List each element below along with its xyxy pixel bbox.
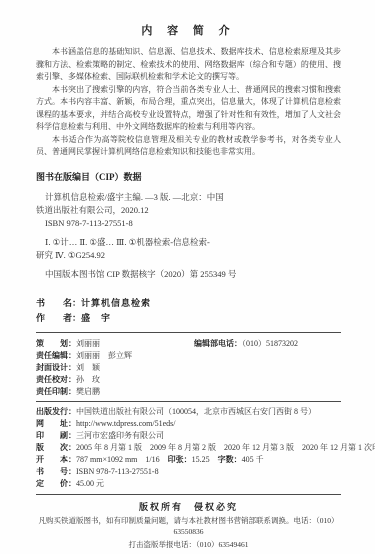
book-title-label: 书 名： [36, 298, 81, 308]
printer-value: 三河市宏盛印务有限公司 [76, 431, 164, 440]
divider-line [36, 332, 341, 333]
editor-row: 责任编辑：刘丽丽 彭立辉 [36, 350, 341, 362]
planner-row: 策 划：刘丽丽 编辑部电话：（010）51873202 [36, 338, 341, 350]
copyright-page: 内 容 简 介 本书涵盖信息的基础知识、信息源、信息技术、数据库技术、信息检索原… [0, 0, 375, 554]
cip-record-line-2: 铁道出版社有限公司，2020.12 [36, 204, 341, 217]
book-title-row: 书 名：计算机信息检索 [36, 296, 341, 311]
editor-value: 刘丽丽 彭立辉 [76, 351, 132, 360]
staff-section: 策 划：刘丽丽 编辑部电话：（010）51873202 责任编辑：刘丽丽 彭立辉… [36, 338, 341, 398]
proofreader-row: 责任校对：孙 玫 [36, 374, 341, 386]
cip-block: 计算机信息检索/盛宇主编. —3 版. —北京：中国 铁道出版社有限公司，202… [36, 191, 341, 281]
print-supervisor-value: 樊启鹏 [76, 387, 100, 396]
cover-design-value: 刘 颖 [76, 363, 100, 372]
book-author-value: 盛 宇 [81, 313, 111, 323]
proofreader-label: 责任校对： [36, 375, 76, 384]
book-info-section: 书 名：计算机信息检索 作 者：盛 宇 [36, 296, 341, 326]
editorial-phone-value: （010）51873202 [242, 339, 298, 348]
format-value: 787 mm×1092 mm 1/16 [76, 455, 168, 464]
planner-label: 策 划： [36, 339, 76, 348]
edition-row: 版 次：2005 年 8 月第 1 版 2009 年 8 月第 2 版 2020… [36, 442, 341, 454]
website-label: 网 址： [36, 419, 76, 428]
printer-label: 印 刷： [36, 431, 76, 440]
cip-classification-line-1: Ⅰ. ①计… Ⅱ. ①盛… Ⅲ. ①机器检索-信息检索- [36, 236, 341, 249]
price-row: 定 价：45.00 元 [36, 478, 341, 490]
print-supervisor-row: 责任印制：樊启鹏 [36, 386, 341, 398]
edition-value: 2005 年 8 月第 1 版 2009 年 8 月第 2 版 2020 年 1… [76, 443, 375, 452]
cover-design-row: 封面设计：刘 颖 [36, 362, 341, 374]
price-value: 45.00 元 [76, 479, 104, 488]
cip-classification-line-2: 研究 Ⅳ. ①G254.92 [36, 249, 341, 262]
cip-isbn: ISBN 978-7-113-27551-8 [36, 217, 341, 230]
content-summary-title: 内 容 简 介 [36, 22, 341, 38]
divider-line [36, 401, 341, 402]
divider-line [36, 494, 341, 495]
cover-design-label: 封面设计： [36, 363, 76, 372]
summary-paragraph-2: 本书突出了搜索引擎的内容，符合当前各类专业人士、普通网民的搜索习惯和搜索方式。本… [36, 84, 341, 134]
print-supervisor-label: 责任印制： [36, 387, 76, 396]
planner-value: 刘丽丽 [76, 339, 100, 348]
format-label: 开 本： [36, 455, 76, 464]
publisher-row: 出版发行：中国铁道出版社有限公司（100054，北京市西城区右安门西街 8 号） [36, 406, 341, 418]
copyright-notice: 版权所有 侵权必究 [36, 500, 341, 513]
cip-heading: 图书在版编目（CIP）数据 [36, 170, 341, 183]
publication-section: 出版发行：中国铁道出版社有限公司（100054，北京市西城区右安门西街 8 号）… [36, 406, 341, 490]
proofreader-value: 孙 玫 [76, 375, 100, 384]
isbn-row: 书 号：ISBN 978-7-113-27551-8 [36, 466, 341, 478]
footer-section: 版权所有 侵权必究 凡购买铁道版图书，如有印制质量问题，请与本社教材图书营销部联… [36, 500, 341, 550]
sheets-label: 印张： [168, 455, 192, 464]
edition-label: 版 次： [36, 443, 76, 452]
format-row: 开 本：787 mm×1092 mm 1/16 印张：15.25 字数：405 … [36, 454, 341, 466]
book-author-label: 作 者： [36, 313, 81, 323]
website-row: 网 址：http://www.tdpress.com/51eds/ [36, 418, 341, 430]
isbn-label: 书 号： [36, 467, 76, 476]
word-count-value: 405 千 [242, 455, 264, 464]
price-label: 定 价： [36, 479, 76, 488]
word-count-label: 字数： [218, 455, 242, 464]
editorial-phone-label: 编辑部电话： [194, 339, 242, 348]
printer-row: 印 刷：三河市宏盛印务有限公司 [36, 430, 341, 442]
publisher-label: 出版发行： [36, 407, 76, 416]
cip-record-line-1: 计算机信息检索/盛宇主编. —3 版. —北京：中国 [36, 191, 341, 204]
cip-registry-number: 中国版本图书馆 CIP 数据核字（2020）第 255349 号 [36, 268, 341, 281]
sheets-value: 15.25 [192, 455, 218, 464]
main-column: 内 容 简 介 本书涵盖信息的基础知识、信息源、信息技术、数据库技术、信息检索原… [36, 22, 341, 550]
website-url: http://www.tdpress.com/51eds/ [76, 419, 175, 428]
editor-label: 责任编辑： [36, 351, 76, 360]
quality-exchange-notice: 凡购买铁道版图书，如有印制质量问题，请与本社教材图书营销部联系调换。电话：（01… [36, 515, 341, 537]
book-author-row: 作 者：盛 宇 [36, 311, 341, 326]
piracy-report-phone: 打击盗版举报电话：（010）63549461 [36, 539, 341, 550]
book-title-value: 计算机信息检索 [81, 298, 151, 308]
isbn-value: ISBN 978-7-113-27551-8 [76, 467, 159, 476]
editorial-phone: 编辑部电话：（010）51873202 [194, 338, 298, 350]
summary-paragraph-1: 本书涵盖信息的基础知识、信息源、信息技术、数据库技术、信息检索原理及其步骤和方法… [36, 46, 341, 84]
summary-paragraph-3: 本书适合作为高等院校信息管理及相关专业的教材或教学参考书，对各类专业人员、普通网… [36, 134, 341, 159]
publisher-value: 中国铁道出版社有限公司（100054，北京市西城区右安门西街 8 号） [76, 407, 316, 416]
